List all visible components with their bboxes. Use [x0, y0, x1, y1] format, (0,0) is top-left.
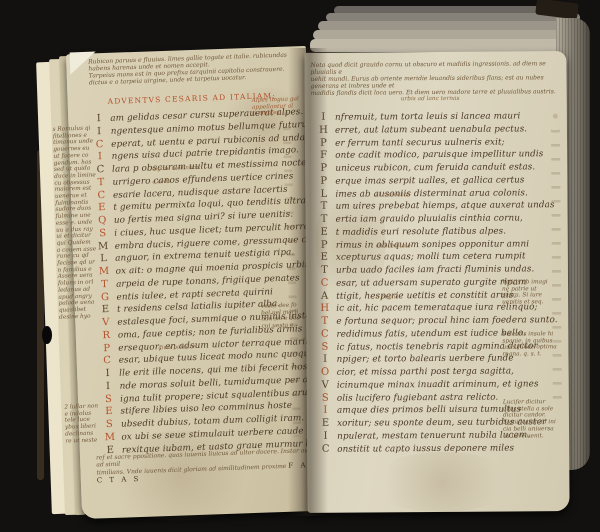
verse-line: C onstitit ut capto iussus deponere mile… — [319, 439, 544, 453]
gutter-shadow — [288, 48, 328, 516]
left-page: Rubicon paruus e fluuius. limes gallie t… — [66, 46, 322, 519]
ink-speck — [42, 326, 52, 344]
top-gloss-block: Rubicon paruus e fluuius. limes gallie t… — [88, 52, 301, 87]
verse-block-left: I am gelidas cesar cursu superauerat alp… — [92, 103, 309, 454]
interlinear-gloss: uiuis parcere — [158, 345, 195, 352]
page-stack-edge — [310, 39, 580, 52]
interlinear-heading: urbis ad lanc ternas — [401, 96, 460, 103]
verse-text: onstitit ut capto iussus deponere miles — [337, 443, 514, 454]
gloss-line: lis uere uenit. — [503, 433, 567, 440]
interlinear-gloss: uigore uiolentior — [152, 166, 199, 173]
bottom-gloss-block: ref et sacre ppositione. quas iuuenis li… — [96, 448, 315, 485]
marginal-gloss-column: s Romulus qifitelliones etimanus undegou… — [52, 126, 97, 322]
right-page: Nota quod dicit grauido cornu ut obscuro… — [304, 51, 569, 513]
interlinear-gloss: al crescebat — [375, 193, 409, 199]
interlinear-gloss: a pugna — [376, 295, 398, 301]
interlinear-gloss: cum lenitate — [376, 244, 411, 250]
manuscript-photo: Rubicon paruus e fluuius. limes gallie t… — [0, 0, 600, 532]
gloss-line: re ut neste — [65, 437, 105, 445]
corner-fold — [70, 52, 97, 75]
gloss-line: desine hyo — [59, 313, 97, 321]
top-gloss-block: Nota quod dicit grauido cornu ut obscuro… — [310, 61, 562, 97]
show-through-marks — [551, 109, 562, 409]
interlinear-gloss: a cede — [152, 180, 170, 186]
bottom-left-gloss: 2 lullar none indolustele luceybus liber… — [64, 403, 105, 445]
